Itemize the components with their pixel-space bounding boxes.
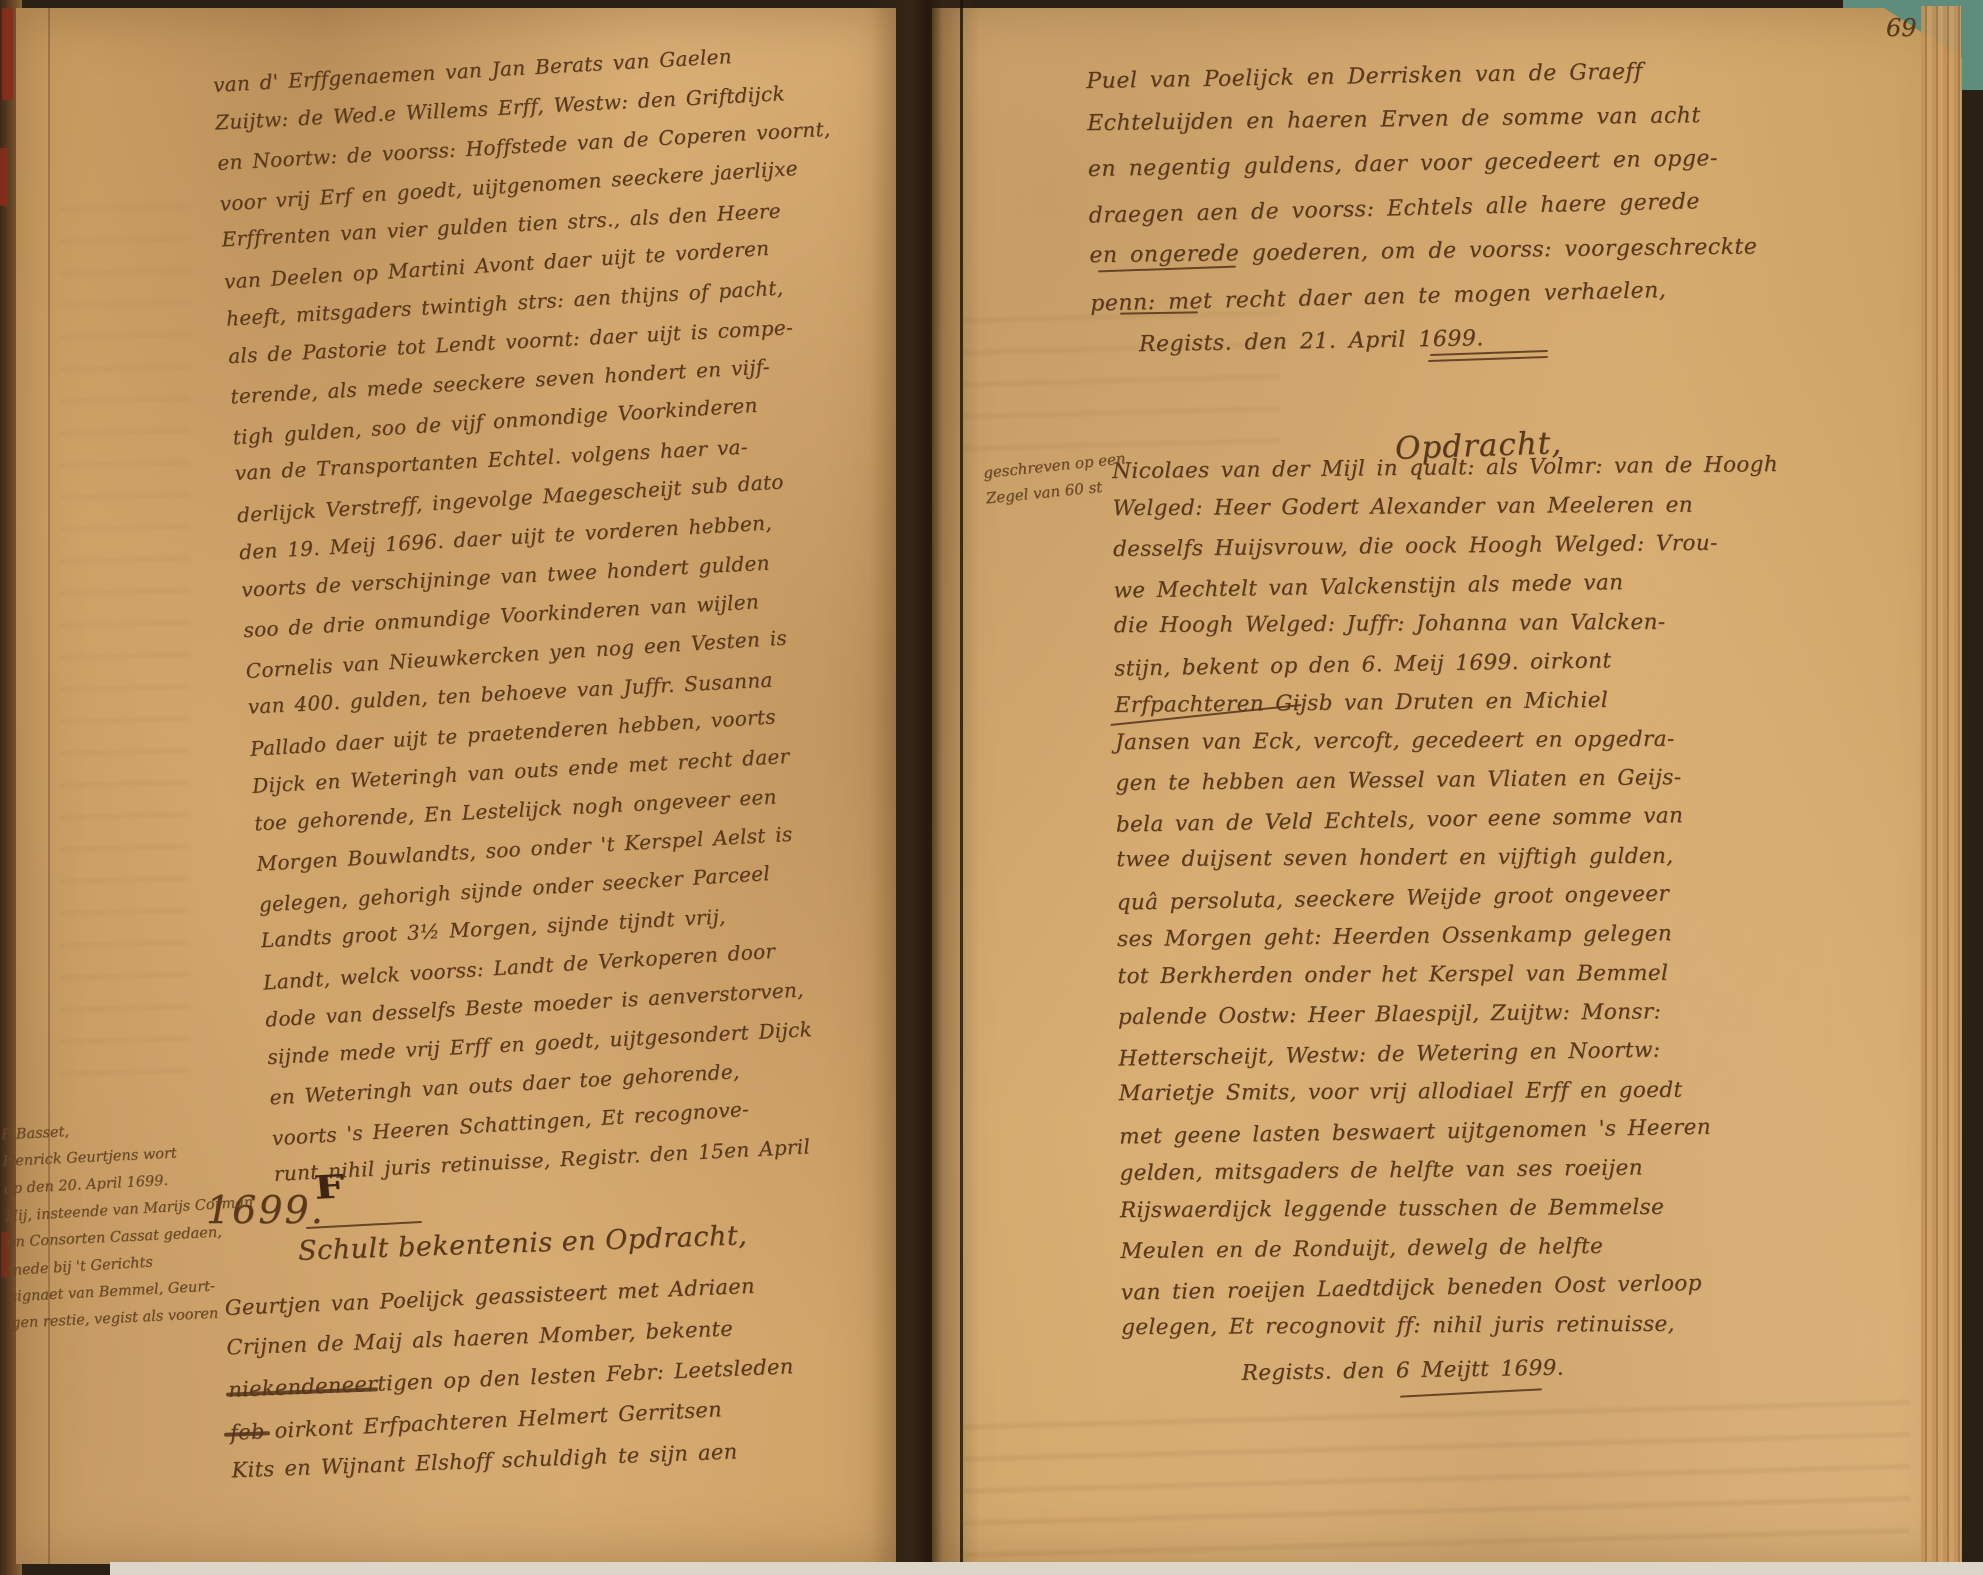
book-gutter-line xyxy=(960,0,963,1575)
manuscript-line: Rijswaerdijck leggende tusschen de Bemme… xyxy=(1120,1186,1960,1230)
paragraph-mark: F xyxy=(312,1167,346,1206)
manuscript-scan: van d' Erffgenaemen van Jan Berats van G… xyxy=(0,0,1983,1575)
left-margin-note: F Basset,Henrick Geurtjens wortop den 20… xyxy=(1,1110,252,1338)
left-page-body-text: van d' Erffgenaemen van Jan Berats van G… xyxy=(212,30,914,1195)
left-section-text: Geurtjen van Poelijck geassisteert met A… xyxy=(224,1260,892,1492)
scan-bottom-edge xyxy=(110,1562,1983,1575)
binding-red-mark xyxy=(2,8,13,100)
right-entry2-text: Nicolaes van der Mijl in qualt: als Volm… xyxy=(1112,443,1962,1392)
manuscript-line: Welged: Heer Godert Alexander van Meeler… xyxy=(1112,484,1952,528)
binding-red-mark xyxy=(0,148,8,206)
right-entry1-text: Puel van Poelijck en Derrisken van de Gr… xyxy=(1086,45,1931,368)
manuscript-line: tot Berkherden onder het Kerspel van Bem… xyxy=(1117,952,1957,996)
page-number: 69 xyxy=(1886,14,1917,42)
manuscript-line: gelegen, Et recognovit ff: nihil juris r… xyxy=(1121,1303,1961,1347)
manuscript-line: Jansen van Eck, vercoft, gecedeert en op… xyxy=(1115,718,1955,762)
